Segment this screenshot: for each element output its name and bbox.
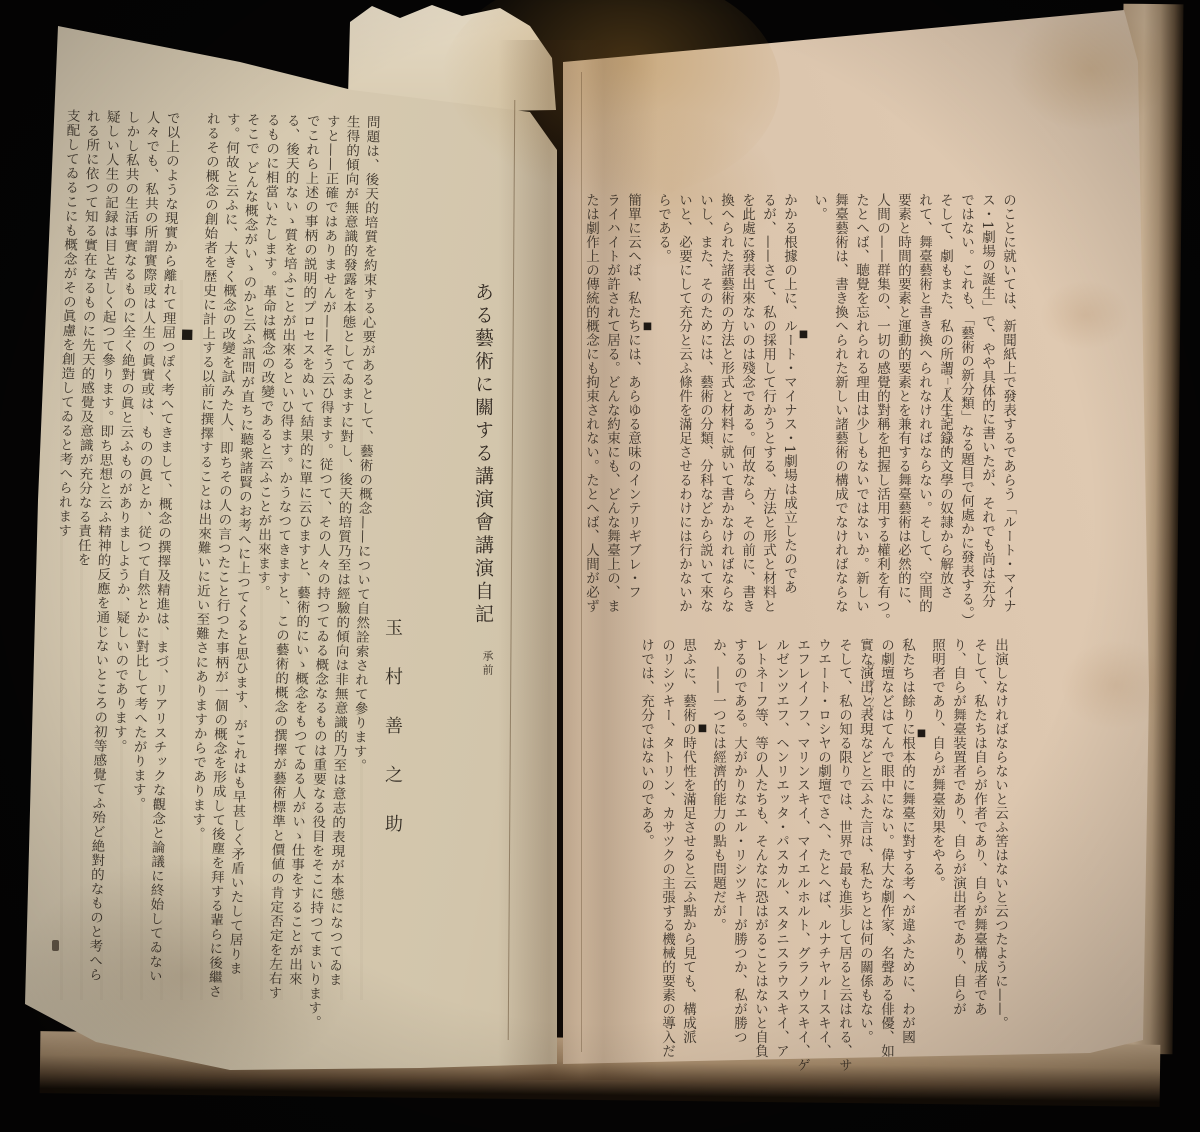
book-photo: のことに就いては、新聞紙上で發表するであらう「ルート・マイナス・1劇場の誕生」で… — [0, 0, 1200, 1132]
photo-vignette — [0, 0, 1200, 1132]
